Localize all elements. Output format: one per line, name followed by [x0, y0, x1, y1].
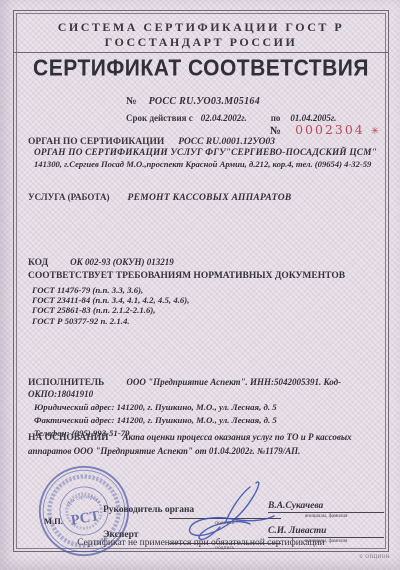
requirements-list: ГОСТ 11476-79 (п.п. 3.3, 3.6), ГОСТ 2341… — [32, 285, 189, 326]
disclaimer-text: Сертификат не применяется при обязательн… — [14, 538, 388, 548]
certificate-number-sign: № — [126, 96, 137, 107]
head-signature-line — [169, 507, 281, 519]
gost-item: ГОСТ 25861-83 (п.п. 2.1.2-2.1.6), — [32, 305, 189, 315]
header-divider — [14, 52, 388, 53]
service-label: УСЛУГА (РАБОТА) — [28, 192, 109, 202]
certificate-page: { "header": { "system_line1": "СИСТЕМА С… — [0, 0, 400, 570]
blank-printer-mark: © ОПЦИОН — [359, 555, 390, 560]
executor-actual-address: Фактический адрес: 141200, г. Пушкино, М… — [34, 416, 380, 425]
stamp-place-label: М.П. — [44, 516, 63, 526]
certification-body-block: ОРГАН ПО СЕРТИФИКАЦИИРОСС RU.0001.12УО03… — [28, 135, 382, 170]
certification-system-line: СИСТЕМА СЕРТИФИКАЦИИ ГОСТ Р — [14, 20, 388, 35]
validity-label: Срок действия с — [126, 113, 193, 123]
expert-name: С.И. Ливасти — [268, 526, 384, 538]
document-title: СЕРТИФИКАТ СООТВЕТСТВИЯ — [14, 56, 388, 82]
certificate-number-value: РОСС RU.УО03.М05164 — [149, 96, 260, 107]
basis-block: НА ОСНОВАНИИАкта оценки процесса оказани… — [28, 430, 384, 457]
executor-block: ИСПОЛНИТЕЛЬООО "Предприятие Аспект". ИНН… — [28, 376, 380, 438]
signature-caption: подпись — [169, 521, 281, 526]
code-row: КОДОК 002-93 (ОКУН) 013219 — [28, 252, 174, 270]
executor-label: ИСПОЛНИТЕЛЬ — [28, 378, 104, 388]
certification-body-reg-number: РОСС RU.0001.12УО03 — [178, 137, 275, 147]
gost-item: ГОСТ 23411-84 (п.п. 3.4, 4.1, 4.2, 4.5, … — [32, 295, 189, 305]
certificate-border-frame: СИСТЕМА СЕРТИФИКАЦИИ ГОСТ Р ГОССТАНДАРТ … — [13, 10, 389, 552]
rst-logo: РСТ — [70, 508, 102, 529]
gost-item: ГОСТ 11476-79 (п.п. 3.3, 3.6), — [32, 285, 189, 295]
certification-body-name: ОРГАН ПО СЕРТИФИКАЦИИ УСЛУГ ФГУ"СЕРГИЕВО… — [34, 149, 382, 159]
code-label: КОД — [28, 258, 48, 268]
gosstandart-line: ГОССТАНДАРТ РОССИИ — [14, 35, 388, 50]
certificate-number-row: №РОСС RU.УО03.М05164 — [126, 91, 260, 109]
name-caption: инициалы, фамилия — [268, 514, 384, 519]
gost-item: ГОСТ Р 50377-92 п. 2.1.4. — [32, 316, 189, 326]
certification-body-label: ОРГАН ПО СЕРТИФИКАЦИИ — [28, 137, 164, 147]
valid-from-date: 02.04.2002г. — [201, 113, 247, 123]
head-name: В.А.Сукачева — [268, 501, 384, 513]
basis-label: НА ОСНОВАНИИ — [28, 433, 109, 443]
executor-legal-address: Юридический адрес: 141200, г. Пушкино, М… — [34, 403, 380, 412]
service-row: УСЛУГА (РАБОТА)РЕМОНТ КАССОВЫХ АППАРАТОВ — [28, 187, 292, 205]
requirements-heading: СООТВЕТСТВУЕТ ТРЕБОВАНИЯМ НОРМАТИВНЫХ ДО… — [28, 271, 345, 281]
certification-body-address: 141300, г.Сергиев Посад М.О.,проспект Кр… — [34, 160, 382, 170]
service-value: РЕМОНТ КАССОВЫХ АППАРАТОВ — [127, 193, 291, 203]
code-value: ОК 002-93 (ОКУН) 013219 — [70, 257, 174, 267]
